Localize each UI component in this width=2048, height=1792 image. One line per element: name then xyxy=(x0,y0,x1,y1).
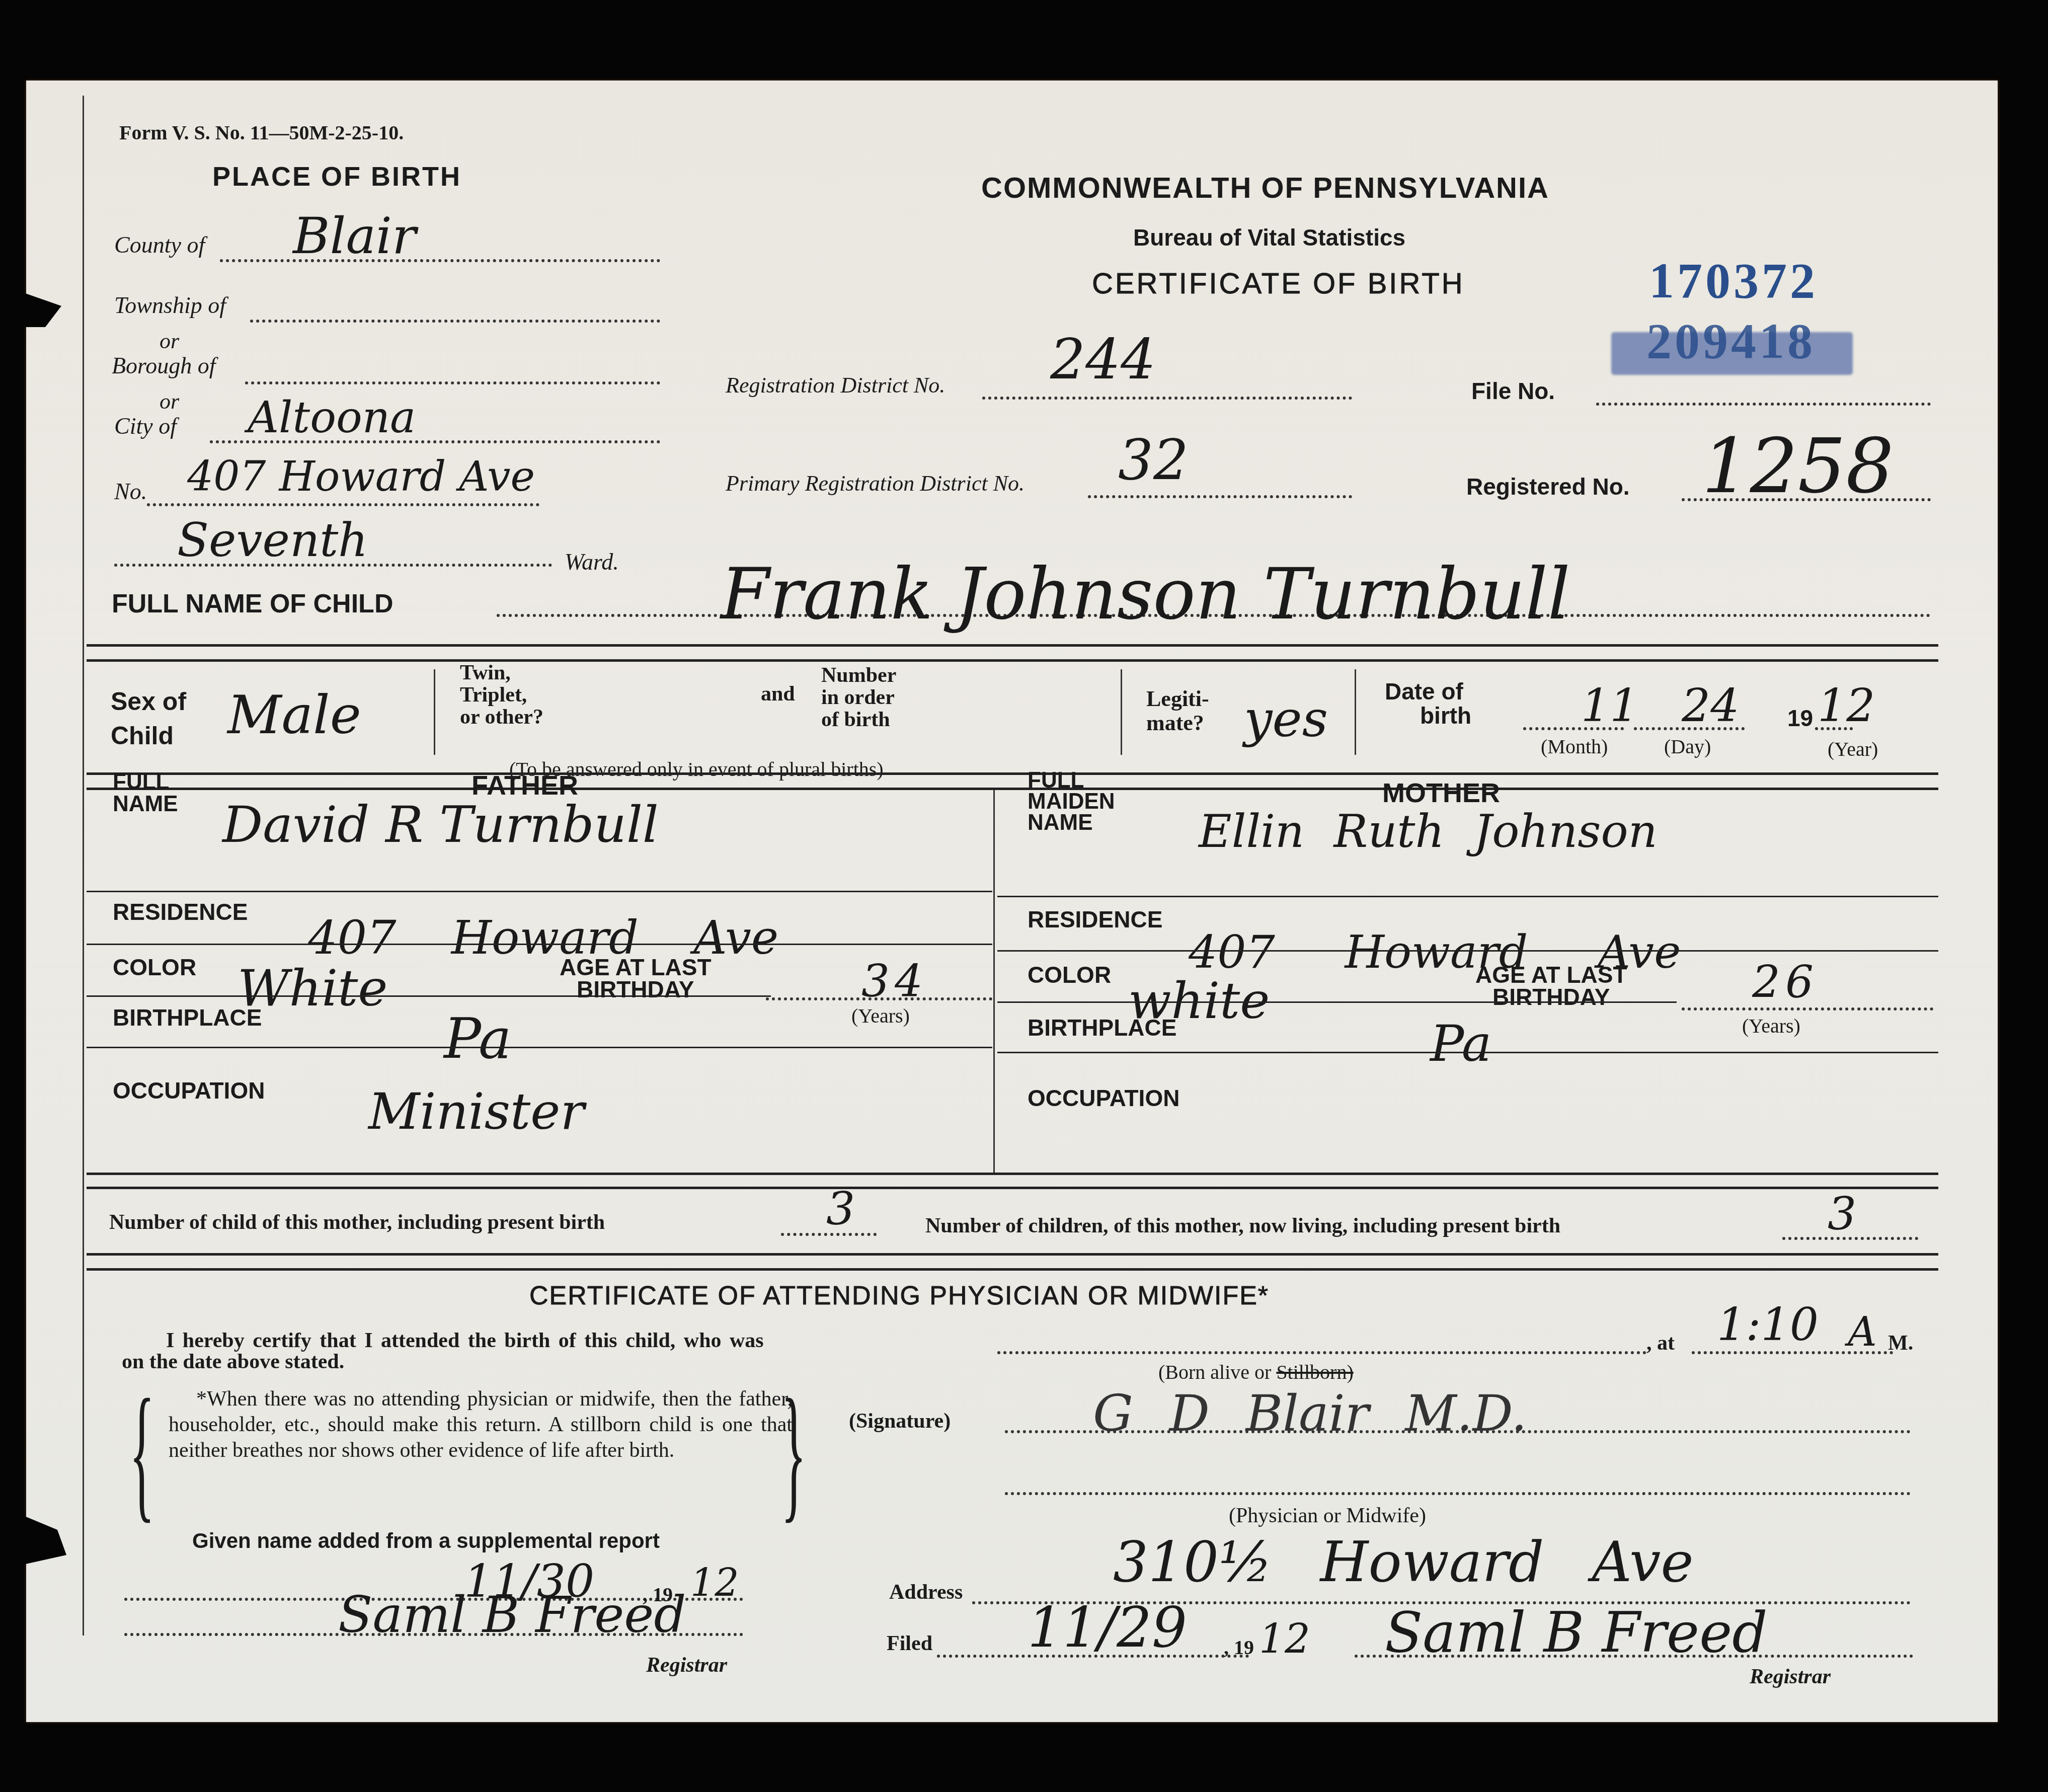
section-rule xyxy=(87,659,1938,662)
dob-month-value: 11 xyxy=(1581,679,1639,732)
filed-registrar-caption: Registrar xyxy=(1750,1665,1831,1689)
row-rule xyxy=(997,1052,1938,1053)
certificate-stamp-number: 170372 xyxy=(1649,252,1818,309)
ward-label: Ward. xyxy=(565,549,619,575)
children-living-label: Number of children, of this mother, now … xyxy=(925,1214,1560,1238)
city-label: City of xyxy=(114,413,177,439)
father-name-label-line2: NAME xyxy=(113,793,178,815)
child-name-label: FULL NAME OF CHILD xyxy=(112,589,393,619)
sex-label-line1: Sex of xyxy=(111,684,186,719)
supplemental-registrar-caption: Registrar xyxy=(646,1653,727,1677)
section-rule xyxy=(87,1187,1938,1189)
born-alive-caption: (Born alive or Stillborn) xyxy=(1158,1360,1354,1384)
registration-district-label: Registration District No. xyxy=(726,372,945,398)
footnote-brace-left: { xyxy=(129,1386,154,1517)
order-label-line2: in order xyxy=(821,686,896,709)
filed-label: Filed xyxy=(887,1631,932,1656)
dob-label: Date of birth xyxy=(1385,679,1471,728)
father-age-value: 34 xyxy=(861,955,928,1007)
filed-date-value: 11/29 xyxy=(1028,1595,1187,1660)
supplemental-registrar-signature: Saml B Freed xyxy=(338,1585,686,1644)
or-label: or xyxy=(160,388,179,414)
registered-number-value: 1258 xyxy=(1702,423,1894,510)
father-age-label-line1: AGE AT LAST xyxy=(560,956,712,978)
or-label: or xyxy=(160,328,179,354)
form-number: Form V. S. No. 11—50M-2-25-10. xyxy=(119,121,404,144)
mother-years-caption: (Years) xyxy=(1742,1014,1800,1038)
father-name-label: FULL NAME xyxy=(113,771,178,815)
father-residence-label: RESIDENCE xyxy=(113,898,248,925)
m-label: M. xyxy=(1888,1331,1913,1355)
day-caption: (Day) xyxy=(1664,735,1711,758)
section-rule xyxy=(87,644,1938,647)
mother-birthplace-value: Pa xyxy=(1430,1014,1491,1073)
filed-year-prefix: , 19 xyxy=(1224,1635,1254,1659)
supplemental-year-value: 12 xyxy=(690,1560,739,1605)
dob-label-line1: Date of xyxy=(1385,679,1471,704)
city-value: Altoona xyxy=(248,393,416,443)
birth-certificate-paper: Form V. S. No. 11—50M-2-25-10. PLACE OF … xyxy=(26,81,1998,1722)
address-value: 310½ Howard Ave xyxy=(1113,1530,1694,1594)
file-number-line xyxy=(1596,403,1931,406)
address-label: Address xyxy=(889,1580,963,1604)
am-value: A xyxy=(1848,1308,1877,1355)
column-divider xyxy=(1121,669,1122,755)
order-label-line3: of birth xyxy=(821,709,896,731)
father-birthplace-value: Pa xyxy=(444,1006,512,1071)
footnote-brace-right: } xyxy=(781,1386,806,1517)
dob-day-value: 24 xyxy=(1682,679,1740,732)
tear-mark xyxy=(21,292,61,327)
father-name-value: David R Turnbull xyxy=(222,795,659,854)
row-rule xyxy=(997,896,1938,897)
ward-value: Seventh xyxy=(177,513,368,567)
father-occupation-label: OCCUPATION xyxy=(113,1077,265,1104)
row-rule xyxy=(997,950,1938,952)
mother-residence-label: RESIDENCE xyxy=(1028,906,1162,933)
month-caption: (Month) xyxy=(1541,735,1608,758)
father-age-label-line2: BIRTHDAY xyxy=(560,978,712,1000)
file-number-label: File No. xyxy=(1471,377,1555,405)
parents-divider xyxy=(993,790,995,1173)
father-name-label-line1: FULL xyxy=(113,771,178,793)
primary-district-line xyxy=(1088,495,1352,498)
mother-birthplace-label: BIRTHPLACE xyxy=(1028,1014,1176,1041)
section-rule xyxy=(87,772,1938,775)
township-line xyxy=(250,320,660,323)
mother-name-label-line2: MAIDEN xyxy=(1028,791,1115,812)
filed-registrar-signature: Saml B Freed xyxy=(1385,1600,1768,1665)
primary-district-value: 32 xyxy=(1118,428,1189,492)
child-name-value: Frank Johnson Turnbull xyxy=(721,554,1570,636)
given-name-label: Given name added from a supplemental rep… xyxy=(192,1529,660,1553)
registration-district-line xyxy=(982,397,1352,400)
twin-label: Twin, xyxy=(460,662,543,684)
certificate-title: CERTIFICATE OF BIRTH xyxy=(1092,267,1465,300)
commonwealth-title: COMMONWEALTH OF PENNSYLVANIA xyxy=(981,171,1549,205)
section-rule xyxy=(87,1173,1938,1175)
column-divider xyxy=(1355,669,1356,755)
margin-line xyxy=(83,96,84,1635)
county-line xyxy=(220,259,660,262)
township-label: Township of xyxy=(114,292,226,319)
certify-text-2: on the date above stated. xyxy=(122,1350,344,1374)
father-birthplace-label: BIRTHPLACE xyxy=(113,1004,262,1031)
borough-label: Borough of xyxy=(112,352,216,379)
year-caption: (Year) xyxy=(1828,737,1878,761)
street-number-value: 407 Howard Ave xyxy=(187,453,535,501)
mother-name-label-line1: FULL xyxy=(1028,770,1115,791)
born-alive-text: (Born alive or xyxy=(1158,1361,1271,1383)
signature-label: (Signature) xyxy=(849,1409,951,1433)
registered-number-label: Registered No. xyxy=(1466,473,1630,500)
at-label: , at xyxy=(1646,1331,1675,1355)
bureau-title: Bureau of Vital Statistics xyxy=(1133,224,1405,251)
birth-order-label: Number in order of birth xyxy=(821,664,896,731)
father-color-label: COLOR xyxy=(113,954,196,981)
row-rule xyxy=(87,944,992,945)
mother-color-label: COLOR xyxy=(1028,961,1111,988)
struck-stamp-number: 209418 xyxy=(1646,312,1816,370)
stillborn-footnote: *When there was no attending physician o… xyxy=(169,1386,793,1463)
time-value: 1:10 xyxy=(1717,1298,1819,1351)
father-occupation-value: Minister xyxy=(368,1082,584,1141)
section-rule xyxy=(87,1253,1938,1256)
legitimate-label: Legiti- mate? xyxy=(1146,687,1209,735)
triplet-label: Triplet, xyxy=(460,684,543,706)
row-rule xyxy=(997,1001,1677,1003)
column-divider xyxy=(434,669,435,755)
mother-age-value: 26 xyxy=(1752,956,1819,1008)
section-rule xyxy=(87,788,1938,790)
mother-age-label-line2: BIRTHDAY xyxy=(1475,986,1627,1008)
born-alive-line xyxy=(997,1351,1646,1354)
row-rule xyxy=(87,891,992,892)
row-rule xyxy=(87,1047,992,1048)
street-number-line xyxy=(147,503,539,506)
other-label: or other? xyxy=(460,706,543,728)
child-number-label: Number of child of this mother, includin… xyxy=(109,1210,605,1234)
father-age-label: AGE AT LAST BIRTHDAY xyxy=(560,956,712,1000)
order-label-line1: Number xyxy=(821,664,896,686)
dob-label-line2: birth xyxy=(1385,704,1471,728)
mother-section-title: MOTHER xyxy=(1382,777,1500,809)
mother-occupation-label: OCCUPATION xyxy=(1028,1084,1179,1112)
sex-label: Sex of Child xyxy=(111,684,186,753)
physician-section-title: CERTIFICATE OF ATTENDING PHYSICIAN OR MI… xyxy=(529,1281,1269,1311)
county-value: Blair xyxy=(293,206,416,265)
legitimate-label-line1: Legiti- xyxy=(1146,687,1209,711)
physician-caption: (Physician or Midwife) xyxy=(1229,1504,1426,1528)
physician-signature: G D Blair M.D. xyxy=(1093,1384,1527,1443)
filed-year-value: 12 xyxy=(1259,1615,1310,1662)
borough-line xyxy=(245,381,660,384)
county-label: County of xyxy=(114,231,205,258)
mother-age-label-line1: AGE AT LAST xyxy=(1475,964,1627,986)
physician-second-line xyxy=(1005,1492,1911,1495)
father-years-caption: (Years) xyxy=(851,1004,910,1028)
tear-mark xyxy=(21,1515,66,1565)
plural-label: Twin, Triplet, or other? xyxy=(460,662,543,728)
primary-district-label: Primary Registration District No. xyxy=(726,471,1025,496)
section-rule xyxy=(87,1268,1938,1271)
children-living-value: 3 xyxy=(1828,1188,1856,1240)
place-of-birth-title: PLACE OF BIRTH xyxy=(212,161,461,192)
registration-district-value: 244 xyxy=(1050,327,1156,392)
mother-name-value: Ellin Ruth Johnson xyxy=(1199,805,1658,858)
mother-name-label: FULL MAIDEN NAME xyxy=(1028,770,1115,833)
certify-text: I hereby certify that I attended the bir… xyxy=(166,1329,764,1353)
legitimate-value: yes xyxy=(1244,689,1328,748)
street-number-label: No. xyxy=(114,478,147,505)
dob-year-prefix: 19 xyxy=(1787,705,1813,732)
sex-value: Male xyxy=(227,684,361,746)
and-label: and xyxy=(761,682,795,706)
sex-label-line2: Child xyxy=(111,719,186,753)
child-number-value: 3 xyxy=(826,1183,855,1235)
mother-name-label-line3: NAME xyxy=(1028,812,1115,833)
row-rule xyxy=(87,995,771,997)
dob-year-value: 12 xyxy=(1818,679,1875,732)
legitimate-label-line2: mate? xyxy=(1146,711,1209,735)
stillborn-struck-text: Stillborn) xyxy=(1276,1361,1353,1383)
